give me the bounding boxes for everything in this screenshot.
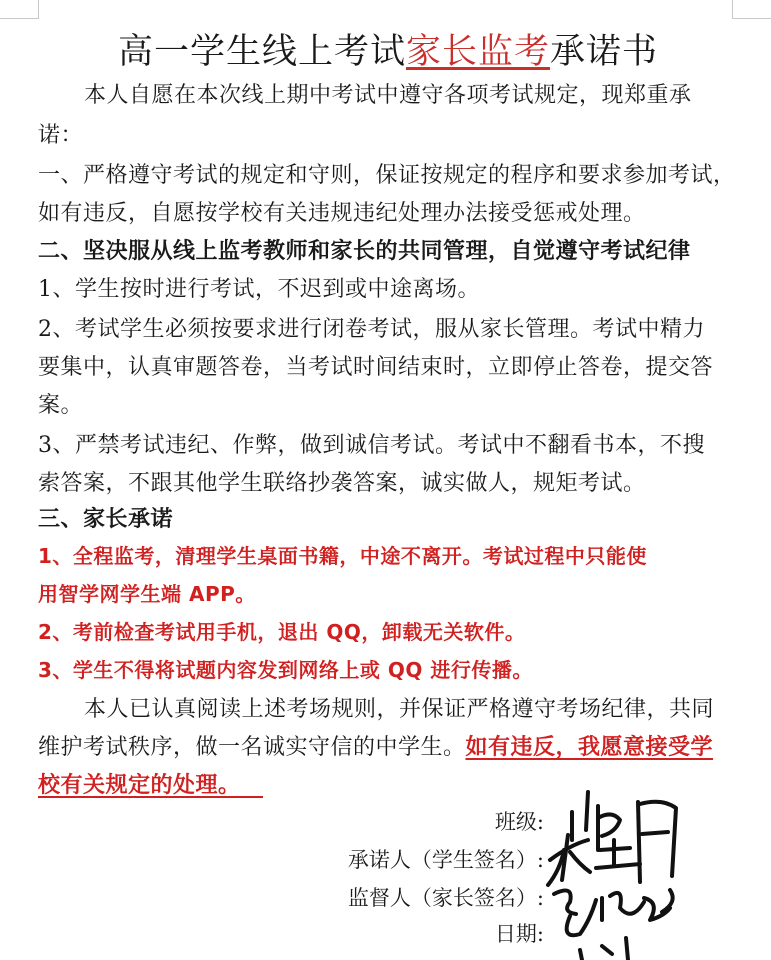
closing-line-2-red: 如有违反，我愿意接受学: [466, 734, 714, 760]
page-corner-mark-left: [0, 0, 39, 19]
section1-line-1: 一、严格遵守考试的规定和守则，保证按规定的程序和要求参加考试，: [38, 158, 736, 189]
page-title: 高一学生线上考试家长监考承诺书: [38, 24, 738, 74]
page-corner-mark-right: [732, 0, 771, 19]
closing-line-3-red: 校有关规定的处理。: [38, 772, 241, 798]
closing-line-1: 本人已认真阅读上述考场规则，并保证严格遵守考场纪律，共同: [84, 692, 714, 723]
section2-item-3-line-2: 索答案，不跟其他学生联络抄袭答案，诚实做人，规矩考试。: [38, 466, 646, 497]
intro-line-1: 本人自愿在本次线上期中考试中遵守各项考试规定，现郑重承: [84, 78, 692, 109]
section3-heading: 三、家长承诺: [38, 502, 173, 533]
title-prefix: 高一学生线上考试: [118, 32, 406, 72]
parent-signature-label: 监督人（家长签名）:: [300, 882, 544, 912]
title-highlight: 家长监考: [406, 32, 550, 72]
closing-line-2: 维护考试秩序，做一名诚实守信的中学生。如有违反，我愿意接受学: [38, 730, 713, 761]
section2-item-2-line-1: 2、考试学生必须按要求进行闭卷考试，服从家长管理。考试中精力: [38, 312, 705, 343]
section3-item-1-line-2: 用智学网学生端 APP。: [38, 578, 256, 607]
closing-line-3: 校有关规定的处理。: [38, 768, 263, 799]
section2-item-3-line-1: 3、严禁考试违纪、作弊，做到诚信考试。考试中不翻看书本，不搜: [38, 428, 705, 459]
intro-line-2: 诺：: [38, 118, 83, 149]
section3-item-3: 3、学生不得将试题内容发到网络上或 QQ 进行传播。: [38, 654, 533, 683]
title-suffix: 承诺书: [550, 32, 658, 72]
handwritten-signature-image: [540, 790, 710, 960]
section2-item-1: 1、学生按时进行考试，不迟到或中途离场。: [38, 272, 480, 303]
date-label: 日期:: [300, 918, 544, 948]
student-signature-label: 承诺人（学生签名）:: [300, 844, 544, 874]
section2-item-2-line-2: 要集中，认真审题答卷，当考试时间结束时，立即停止答卷，提交答: [38, 350, 713, 381]
section3-item-1-line-1: 1、全程监考，清理学生桌面书籍，中途不离开。考试过程中只能使: [38, 540, 647, 569]
class-label: 班级:: [300, 806, 544, 836]
section3-item-2: 2、考前检查考试用手机，退出 QQ，卸载无关软件。: [38, 616, 525, 645]
section2-heading: 二、坚决服从线上监考教师和家长的共同管理，自觉遵守考试纪律: [38, 234, 691, 265]
section1-line-2: 如有违反，自愿按学校有关违规违纪处理办法接受惩戒处理。: [38, 196, 646, 227]
closing-line-2-normal: 维护考试秩序，做一名诚实守信的中学生。: [38, 735, 466, 760]
section2-item-2-line-3: 案。: [38, 388, 83, 419]
